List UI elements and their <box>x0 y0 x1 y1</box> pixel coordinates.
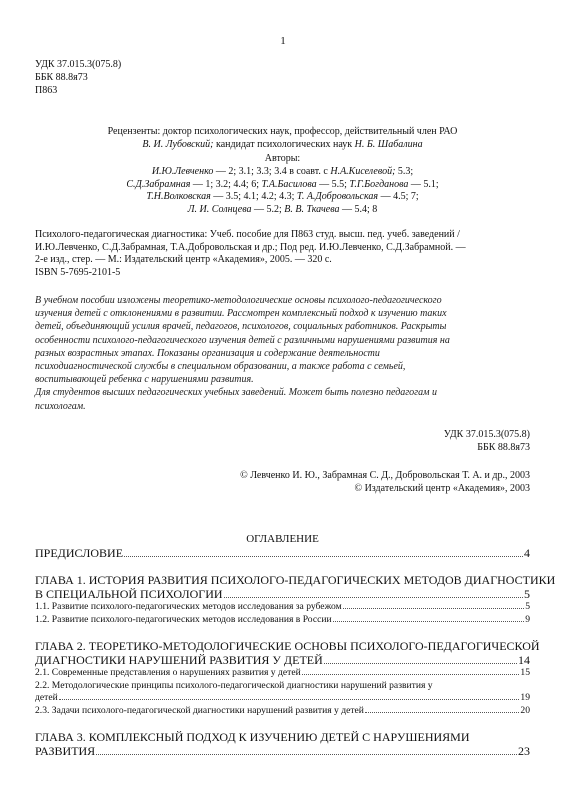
toc-page-number: 5 <box>524 587 530 601</box>
author-name: Т.Г.Богданова <box>349 179 408 190</box>
toc-chapter-title: ГЛАВА 3. КОМПЛЕКСНЫЙ ПОДХОД К ИЗУЧЕНИЮ Д… <box>35 730 530 744</box>
biblio-line: 2-е изд., стер. — М.: Издательский центр… <box>35 254 530 267</box>
bibliographic-record: Психолого-педагогическая диагностика: Уч… <box>35 229 530 279</box>
author-name: Т.Н.Волковская <box>146 191 210 202</box>
abstract-line: психологам. <box>35 400 530 413</box>
toc-page-number: 14 <box>518 653 530 667</box>
toc-leader <box>96 754 517 755</box>
udk-code: УДК 37.015.3(075.8) <box>35 429 530 442</box>
table-of-contents: ПРЕДИСЛОВИЕ 4 ГЛАВА 1. ИСТОРИЯ РАЗВИТИЯ … <box>35 546 530 758</box>
abstract-line: Для студентов высших педагогических учеб… <box>35 386 530 399</box>
abstract-line: воспитывающей ребенка с нарушениями разв… <box>35 373 530 386</box>
toc-chapter-1[interactable]: ГЛАВА 1. ИСТОРИЯ РАЗВИТИЯ ПСИХОЛОГО-ПЕДА… <box>35 573 530 601</box>
toc-entry-label: 2.2. Методологические принципы психолого… <box>35 680 530 693</box>
toc-leader <box>124 556 523 557</box>
toc-page-number: 5 <box>525 601 530 614</box>
author-name: Л. И. Солнцева <box>188 204 252 215</box>
reviewers-line2: В. И. Лубовский; кандидат психологически… <box>35 138 530 151</box>
toc-section-2-1[interactable]: 2.1. Современные представления о нарушен… <box>35 667 530 680</box>
toc-chapter-2[interactable]: ГЛАВА 2. ТЕОРЕТИКО-МЕТОДОЛОГИЧЕСКИЕ ОСНО… <box>35 639 530 667</box>
toc-page-number: 9 <box>525 614 530 627</box>
author-name: Т. А.Добровольская <box>297 191 378 202</box>
author-name: Н.А.Киселевой; <box>330 166 395 177</box>
toc-page-number: 15 <box>520 667 530 680</box>
author-chapters: — 5.1; <box>408 179 438 190</box>
authors-heading: Авторы: <box>35 153 530 166</box>
author-chapters: 5.3; <box>395 166 413 177</box>
authors-block: Авторы: И.Ю.Левченко — 2; 3.1; 3.3; 3.4 … <box>35 153 530 217</box>
isbn: ISBN 5-7695-2101-5 <box>35 267 530 280</box>
copyright-publisher: © Издательский центр «Академия», 2003 <box>35 482 530 495</box>
author-chapters: — 4.5; 7; <box>378 191 419 202</box>
author-name: В. В. Ткачева <box>284 204 339 215</box>
abstract-line: В учебном пособии изложены теоретико-мет… <box>35 294 530 307</box>
abstract-line: разных возрастных этапах. Показаны орган… <box>35 347 530 360</box>
toc-entry-label: 1.2. Развитие психолого-педагогических м… <box>35 614 332 627</box>
author-name: Т.А.Басилова <box>261 179 316 190</box>
toc-leader <box>324 663 517 664</box>
author-chapters: — 5.2; <box>252 204 285 215</box>
abstract-line: детей, объединяющий усилия врачей, педаг… <box>35 320 530 333</box>
author-line: С.Д.Забрамная — 1; 3.2; 4.4; 6; Т.А.Баси… <box>35 179 530 192</box>
author-sign-code: П863 <box>35 84 121 97</box>
reviewers-block: Рецензенты: доктор психологических наук,… <box>35 125 530 151</box>
toc-section-2-2[interactable]: 2.2. Методологические принципы психолого… <box>35 680 530 705</box>
toc-leader <box>302 674 520 675</box>
toc-page-number: 4 <box>524 546 530 560</box>
udk-code: УДК 37.015.3(075.8) <box>35 58 121 71</box>
toc-chapter-title-cont: РАЗВИТИЯ <box>35 744 95 758</box>
toc-entry-label: 1.1. Развитие психолого-педагогических м… <box>35 601 342 614</box>
abstract: В учебном пособии изложены теоретико-мет… <box>35 294 530 413</box>
toc-section-2-3[interactable]: 2.3. Задачи психолого-педагогической диа… <box>35 705 530 718</box>
toc-page-number: 19 <box>520 692 530 705</box>
toc-entry-label-cont: детей <box>35 692 58 705</box>
toc-chapter-title-cont: В СПЕЦИАЛЬНОЙ ПСИХОЛОГИИ <box>35 587 223 601</box>
toc-chapter-title: ГЛАВА 2. ТЕОРЕТИКО-МЕТОДОЛОГИЧЕСКИЕ ОСНО… <box>35 639 530 653</box>
author-line: И.Ю.Левченко — 2; 3.1; 3.3; 3.4 в соавт.… <box>35 166 530 179</box>
toc-leader <box>365 712 519 713</box>
toc-leader <box>343 608 525 609</box>
toc-entry-label: 2.1. Современные представления о нарушен… <box>35 667 301 680</box>
bbk-code: ББК 88.8я73 <box>35 71 121 84</box>
toc-title: ОГЛАВЛЕНИЕ <box>35 533 530 545</box>
toc-leader <box>59 699 520 700</box>
reviewer-name: В. И. Лубовский; <box>142 139 213 150</box>
toc-entry-preface[interactable]: ПРЕДИСЛОВИЕ 4 <box>35 546 530 560</box>
bbk-code: ББК 88.8я73 <box>35 442 530 455</box>
reviewer-name: Н. Б. Шабалина <box>355 139 423 150</box>
abstract-line: особенности психолого-педагогического из… <box>35 334 530 347</box>
author-line: Т.Н.Волковская — 3.5; 4.1; 4.2; 4.3; Т. … <box>35 191 530 204</box>
copyright-authors: © Левченко И. Ю., Забрамная С. Д., Добро… <box>35 469 530 482</box>
toc-chapter-3[interactable]: ГЛАВА 3. КОМПЛЕКСНЫЙ ПОДХОД К ИЗУЧЕНИЮ Д… <box>35 730 530 758</box>
biblio-line: Психолого-педагогическая диагностика: Уч… <box>35 229 530 242</box>
toc-leader <box>224 597 523 598</box>
author-chapters: — 5.5; <box>317 179 350 190</box>
author-chapters: — 1; 3.2; 4.4; 6; <box>190 179 261 190</box>
toc-leader <box>333 621 525 622</box>
toc-page-number: 20 <box>520 705 530 718</box>
author-chapters: — 2; 3.1; 3.3; 3.4 в соавт. с <box>213 166 330 177</box>
page-number: 1 <box>0 35 566 47</box>
toc-page-number: 23 <box>518 744 530 758</box>
classification-block: УДК 37.015.3(075.8) ББК 88.8я73 П863 <box>35 58 121 97</box>
classification-right: УДК 37.015.3(075.8) ББК 88.8я73 <box>35 429 530 455</box>
author-name: И.Ю.Левченко <box>152 166 214 177</box>
author-name: С.Д.Забрамная <box>126 179 190 190</box>
toc-chapter-title-cont: ДИАГНОСТИКИ НАРУШЕНИЙ РАЗВИТИЯ У ДЕТЕЙ <box>35 653 323 667</box>
reviewers-line1: Рецензенты: доктор психологических наук,… <box>35 125 530 138</box>
copyright-block: © Левченко И. Ю., Забрамная С. Д., Добро… <box>35 469 530 495</box>
biblio-line: И.Ю.Левченко, С.Д.Забрамная, Т.А.Доброво… <box>35 242 530 255</box>
toc-section-1-1[interactable]: 1.1. Развитие психолого-педагогических м… <box>35 601 530 614</box>
toc-entry-label: 2.3. Задачи психолого-педагогической диа… <box>35 705 364 718</box>
abstract-line: изучения детей с отклонениями в развитии… <box>35 307 530 320</box>
abstract-line: психодиагностической службы в специально… <box>35 360 530 373</box>
reviewer-title: кандидат психологических наук <box>214 139 355 150</box>
authors-list: И.Ю.Левченко — 2; 3.1; 3.3; 3.4 в соавт.… <box>35 166 530 217</box>
author-chapters: — 5.4; 8 <box>339 204 377 215</box>
toc-chapter-title: ГЛАВА 1. ИСТОРИЯ РАЗВИТИЯ ПСИХОЛОГО-ПЕДА… <box>35 573 530 587</box>
toc-section-1-2[interactable]: 1.2. Развитие психолого-педагогических м… <box>35 614 530 627</box>
author-chapters: — 3.5; 4.1; 4.2; 4.3; <box>211 191 297 202</box>
author-line: Л. И. Солнцева — 5.2; В. В. Ткачева — 5.… <box>35 204 530 217</box>
toc-entry-label: ПРЕДИСЛОВИЕ <box>35 546 123 560</box>
